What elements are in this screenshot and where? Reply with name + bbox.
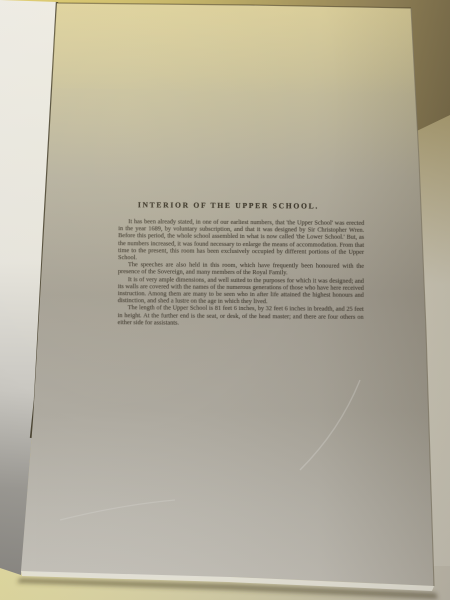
plate-title: INTERIOR OF THE UPPER SCHOOL.: [118, 200, 338, 211]
photograph-of-book-page: INTERIOR OF THE UPPER SCHOOL. It has bee…: [0, 0, 450, 600]
plate-paragraph-1: It has been already stated, in one of ou…: [118, 218, 364, 263]
plate-text-block: INTERIOR OF THE UPPER SCHOOL. It has bee…: [118, 200, 365, 328]
plate-paragraph-3: It is of very ample dimensions, and well…: [118, 276, 364, 307]
page-top-light: [50, 3, 416, 95]
plate-paragraph-4: The length of the Upper School is 81 fee…: [118, 305, 364, 328]
